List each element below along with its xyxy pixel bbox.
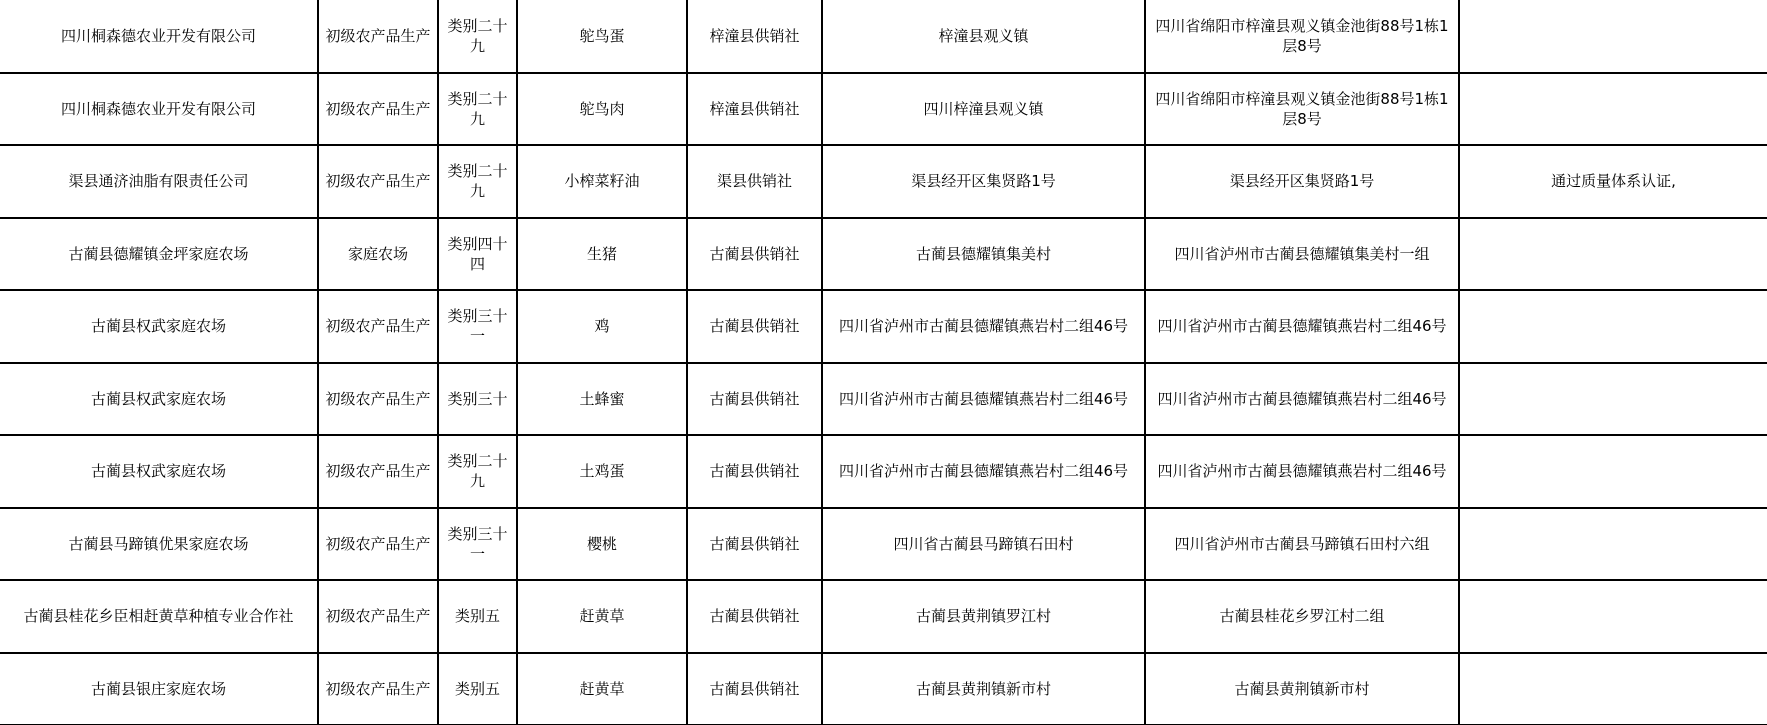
table-cell-product: 赶黄草 (517, 580, 687, 653)
table-row: 古蔺县权武家庭农场 初级农产品生产 类别二十九 土鸡蛋 古蔺县供销社 四川省泸州… (0, 435, 1767, 508)
table-row: 古蔺县银庄家庭农场 初级农产品生产 类别五 赶黄草 古蔺县供销社 古蔺县黄荆镇新… (0, 653, 1767, 725)
table-cell-producer: 渠县通济油脂有限责任公司 (0, 145, 318, 218)
table-cell-producer-type: 家庭农场 (318, 218, 438, 291)
table-cell-product: 小榨菜籽油 (517, 145, 687, 218)
table-cell-cooperative: 古蔺县供销社 (687, 218, 822, 291)
table-cell-producer: 四川桐森德农业开发有限公司 (0, 0, 318, 73)
table-cell-location: 四川省泸州市古蔺县德耀镇燕岩村二组46号 (822, 435, 1145, 508)
table-cell-address: 四川省绵阳市梓潼县观义镇金池街88号1栋1层8号 (1145, 73, 1459, 146)
table-cell-category: 类别三十一 (438, 290, 517, 363)
table-cell-address: 古蔺县桂花乡罗江村二组 (1145, 580, 1459, 653)
table-cell-certification (1459, 653, 1767, 725)
table-cell-category: 类别四十四 (438, 218, 517, 291)
table-cell-producer-type: 初级农产品生产 (318, 0, 438, 73)
table-row: 四川桐森德农业开发有限公司 初级农产品生产 类别二十九 鸵鸟蛋 梓潼县供销社 梓… (0, 0, 1767, 73)
table-cell-location: 四川梓潼县观义镇 (822, 73, 1145, 146)
table-cell-producer-type: 初级农产品生产 (318, 290, 438, 363)
table-cell-address: 四川省泸州市古蔺县德耀镇燕岩村二组46号 (1145, 290, 1459, 363)
table-cell-cooperative: 渠县供销社 (687, 145, 822, 218)
table-row: 古蔺县权武家庭农场 初级农产品生产 类别三十一 鸡 古蔺县供销社 四川省泸州市古… (0, 290, 1767, 363)
table-cell-location: 渠县经开区集贤路1号 (822, 145, 1145, 218)
table-cell-product: 赶黄草 (517, 653, 687, 725)
table-cell-address: 古蔺县黄荆镇新市村 (1145, 653, 1459, 725)
table-cell-cooperative: 古蔺县供销社 (687, 290, 822, 363)
table-cell-cooperative: 梓潼县供销社 (687, 73, 822, 146)
table-cell-category: 类别二十九 (438, 435, 517, 508)
table-cell-cooperative: 古蔺县供销社 (687, 435, 822, 508)
table-row: 古蔺县桂花乡臣相赶黄草种植专业合作社 初级农产品生产 类别五 赶黄草 古蔺县供销… (0, 580, 1767, 653)
table-cell-producer-type: 初级农产品生产 (318, 145, 438, 218)
table-cell-certification (1459, 363, 1767, 436)
table-cell-producer-type: 初级农产品生产 (318, 508, 438, 581)
table-cell-address: 四川省泸州市古蔺县德耀镇燕岩村二组46号 (1145, 363, 1459, 436)
table-body: 四川桐森德农业开发有限公司 初级农产品生产 类别二十九 鸵鸟蛋 梓潼县供销社 梓… (0, 0, 1767, 725)
table-cell-cooperative: 古蔺县供销社 (687, 363, 822, 436)
table-cell-product: 樱桃 (517, 508, 687, 581)
data-table: 四川桐森德农业开发有限公司 初级农产品生产 类别二十九 鸵鸟蛋 梓潼县供销社 梓… (0, 0, 1767, 725)
table-cell-certification (1459, 435, 1767, 508)
table-cell-address: 四川省泸州市古蔺县德耀镇燕岩村二组46号 (1145, 435, 1459, 508)
table-cell-location: 四川省古蔺县马蹄镇石田村 (822, 508, 1145, 581)
table-cell-certification (1459, 508, 1767, 581)
table-cell-location: 四川省泸州市古蔺县德耀镇燕岩村二组46号 (822, 290, 1145, 363)
table-cell-producer: 四川桐森德农业开发有限公司 (0, 73, 318, 146)
table-cell-certification (1459, 580, 1767, 653)
table-cell-producer-type: 初级农产品生产 (318, 73, 438, 146)
table-cell-product: 鸡 (517, 290, 687, 363)
table-cell-producer: 古蔺县马蹄镇优果家庭农场 (0, 508, 318, 581)
table-cell-address: 四川省绵阳市梓潼县观义镇金池街88号1栋1层8号 (1145, 0, 1459, 73)
table-cell-certification: 通过质量体系认证, (1459, 145, 1767, 218)
table-row: 四川桐森德农业开发有限公司 初级农产品生产 类别二十九 鸵鸟肉 梓潼县供销社 四… (0, 73, 1767, 146)
table-cell-certification (1459, 73, 1767, 146)
table-cell-product: 土蜂蜜 (517, 363, 687, 436)
table-cell-producer-type: 初级农产品生产 (318, 363, 438, 436)
table-cell-producer: 古蔺县权武家庭农场 (0, 290, 318, 363)
table-cell-location: 四川省泸州市古蔺县德耀镇燕岩村二组46号 (822, 363, 1145, 436)
table-cell-producer-type: 初级农产品生产 (318, 580, 438, 653)
table-cell-address: 四川省泸州市古蔺县马蹄镇石田村六组 (1145, 508, 1459, 581)
table-cell-location: 梓潼县观义镇 (822, 0, 1145, 73)
table-cell-category: 类别二十九 (438, 73, 517, 146)
table-cell-producer: 古蔺县桂花乡臣相赶黄草种植专业合作社 (0, 580, 318, 653)
table-cell-address: 渠县经开区集贤路1号 (1145, 145, 1459, 218)
table-cell-certification (1459, 290, 1767, 363)
table-cell-producer-type: 初级农产品生产 (318, 653, 438, 725)
table-cell-product: 鸵鸟蛋 (517, 0, 687, 73)
table-cell-category: 类别三十 (438, 363, 517, 436)
table-cell-category: 类别五 (438, 653, 517, 725)
table-cell-producer-type: 初级农产品生产 (318, 435, 438, 508)
table-cell-location: 古蔺县黄荆镇罗江村 (822, 580, 1145, 653)
table-cell-category: 类别五 (438, 580, 517, 653)
table-cell-category: 类别三十一 (438, 508, 517, 581)
table-cell-producer: 古蔺县德耀镇金坪家庭农场 (0, 218, 318, 291)
table-cell-cooperative: 古蔺县供销社 (687, 580, 822, 653)
table-cell-location: 古蔺县黄荆镇新市村 (822, 653, 1145, 725)
table-cell-certification (1459, 0, 1767, 73)
table-row: 渠县通济油脂有限责任公司 初级农产品生产 类别二十九 小榨菜籽油 渠县供销社 渠… (0, 145, 1767, 218)
table-cell-producer: 古蔺县银庄家庭农场 (0, 653, 318, 725)
table-cell-certification (1459, 218, 1767, 291)
table-row: 古蔺县权武家庭农场 初级农产品生产 类别三十 土蜂蜜 古蔺县供销社 四川省泸州市… (0, 363, 1767, 436)
table-cell-producer: 古蔺县权武家庭农场 (0, 363, 318, 436)
table-cell-location: 古蔺县德耀镇集美村 (822, 218, 1145, 291)
table-cell-product: 鸵鸟肉 (517, 73, 687, 146)
table-cell-producer: 古蔺县权武家庭农场 (0, 435, 318, 508)
table-cell-product: 土鸡蛋 (517, 435, 687, 508)
table-cell-address: 四川省泸州市古蔺县德耀镇集美村一组 (1145, 218, 1459, 291)
table-cell-category: 类别二十九 (438, 145, 517, 218)
table-cell-cooperative: 梓潼县供销社 (687, 0, 822, 73)
table-cell-product: 生猪 (517, 218, 687, 291)
table-cell-category: 类别二十九 (438, 0, 517, 73)
table-cell-cooperative: 古蔺县供销社 (687, 653, 822, 725)
table-row: 古蔺县德耀镇金坪家庭农场 家庭农场 类别四十四 生猪 古蔺县供销社 古蔺县德耀镇… (0, 218, 1767, 291)
table-cell-cooperative: 古蔺县供销社 (687, 508, 822, 581)
table-row: 古蔺县马蹄镇优果家庭农场 初级农产品生产 类别三十一 樱桃 古蔺县供销社 四川省… (0, 508, 1767, 581)
